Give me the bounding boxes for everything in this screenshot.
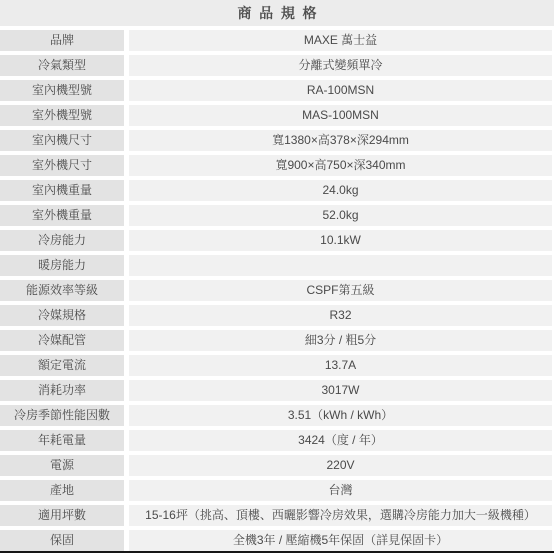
spec-row: 冷媒配管細3分 / 粗5分	[0, 330, 554, 351]
spec-row: 能源效率等級CSPF第五級	[0, 280, 554, 301]
spec-value: 13.7A	[129, 355, 552, 376]
spec-value: MAXE 萬士益	[129, 30, 552, 51]
spec-label: 冷媒規格	[0, 305, 124, 326]
spec-row: 室外機重量52.0kg	[0, 205, 554, 226]
spec-label: 電源	[0, 455, 124, 476]
spec-row: 室內機重量24.0kg	[0, 180, 554, 201]
spec-label: 能源效率等級	[0, 280, 124, 301]
spec-label: 室內機尺寸	[0, 130, 124, 151]
spec-value: CSPF第五級	[129, 280, 552, 301]
spec-value: R32	[129, 305, 552, 326]
spec-value: 全機3年 / 壓縮機5年保固（詳見保固卡）	[129, 530, 552, 551]
spec-value: 220V	[129, 455, 552, 476]
spec-label: 室內機重量	[0, 180, 124, 201]
spec-row: 消耗功率3017W	[0, 380, 554, 401]
spec-label: 額定電流	[0, 355, 124, 376]
spec-label: 品牌	[0, 30, 124, 51]
spec-label: 室外機尺寸	[0, 155, 124, 176]
spec-value: 分離式變頻單冷	[129, 55, 552, 76]
spec-label: 產地	[0, 480, 124, 501]
spec-row: 冷氣類型分離式變頻單冷	[0, 55, 554, 76]
spec-label: 年耗電量	[0, 430, 124, 451]
spec-label: 室內機型號	[0, 80, 124, 101]
spec-label: 冷媒配管	[0, 330, 124, 351]
spec-value: 24.0kg	[129, 180, 552, 201]
spec-table: 品牌MAXE 萬士益冷氣類型分離式變頻單冷室內機型號RA-100MSN室外機型號…	[0, 30, 554, 551]
spec-label: 室外機型號	[0, 105, 124, 126]
spec-row: 冷房季節性能因數3.51（kWh / kWh）	[0, 405, 554, 426]
spec-label: 保固	[0, 530, 124, 551]
spec-row: 冷媒規格R32	[0, 305, 554, 326]
spec-label: 冷氣類型	[0, 55, 124, 76]
spec-value: 10.1kW	[129, 230, 552, 251]
spec-label: 室外機重量	[0, 205, 124, 226]
spec-row: 室外機型號MAS-100MSN	[0, 105, 554, 126]
spec-row: 額定電流13.7A	[0, 355, 554, 376]
spec-row: 室內機型號RA-100MSN	[0, 80, 554, 101]
spec-value: 寬1380×高378×深294mm	[129, 130, 552, 151]
spec-row: 電源220V	[0, 455, 554, 476]
spec-row: 年耗電量3424（度 / 年）	[0, 430, 554, 451]
spec-value: 3424（度 / 年）	[129, 430, 552, 451]
spec-value: 細3分 / 粗5分	[129, 330, 552, 351]
spec-row: 品牌MAXE 萬士益	[0, 30, 554, 51]
page-title: 商品規格	[0, 0, 554, 26]
spec-row: 保固全機3年 / 壓縮機5年保固（詳見保固卡）	[0, 530, 554, 551]
spec-value: RA-100MSN	[129, 80, 552, 101]
spec-row: 適用坪數15-16坪（挑高、頂樓、西曬影響冷房效果，選購冷房能力加大一級機種）	[0, 505, 554, 526]
spec-label: 消耗功率	[0, 380, 124, 401]
spec-value: MAS-100MSN	[129, 105, 552, 126]
spec-label: 適用坪數	[0, 505, 124, 526]
spec-row: 室內機尺寸寬1380×高378×深294mm	[0, 130, 554, 151]
spec-value: 寬900×高750×深340mm	[129, 155, 552, 176]
spec-label: 冷房季節性能因數	[0, 405, 124, 426]
spec-row: 產地台灣	[0, 480, 554, 501]
spec-row: 冷房能力10.1kW	[0, 230, 554, 251]
spec-value: 3.51（kWh / kWh）	[129, 405, 552, 426]
spec-label: 暖房能力	[0, 255, 124, 276]
product-spec-panel: 商品規格 品牌MAXE 萬士益冷氣類型分離式變頻單冷室內機型號RA-100MSN…	[0, 0, 554, 553]
spec-row: 室外機尺寸寬900×高750×深340mm	[0, 155, 554, 176]
spec-row: 暖房能力	[0, 255, 554, 276]
spec-value	[129, 255, 552, 276]
spec-value: 15-16坪（挑高、頂樓、西曬影響冷房效果，選購冷房能力加大一級機種）	[129, 505, 552, 526]
spec-value: 3017W	[129, 380, 552, 401]
spec-value: 台灣	[129, 480, 552, 501]
spec-label: 冷房能力	[0, 230, 124, 251]
spec-value: 52.0kg	[129, 205, 552, 226]
